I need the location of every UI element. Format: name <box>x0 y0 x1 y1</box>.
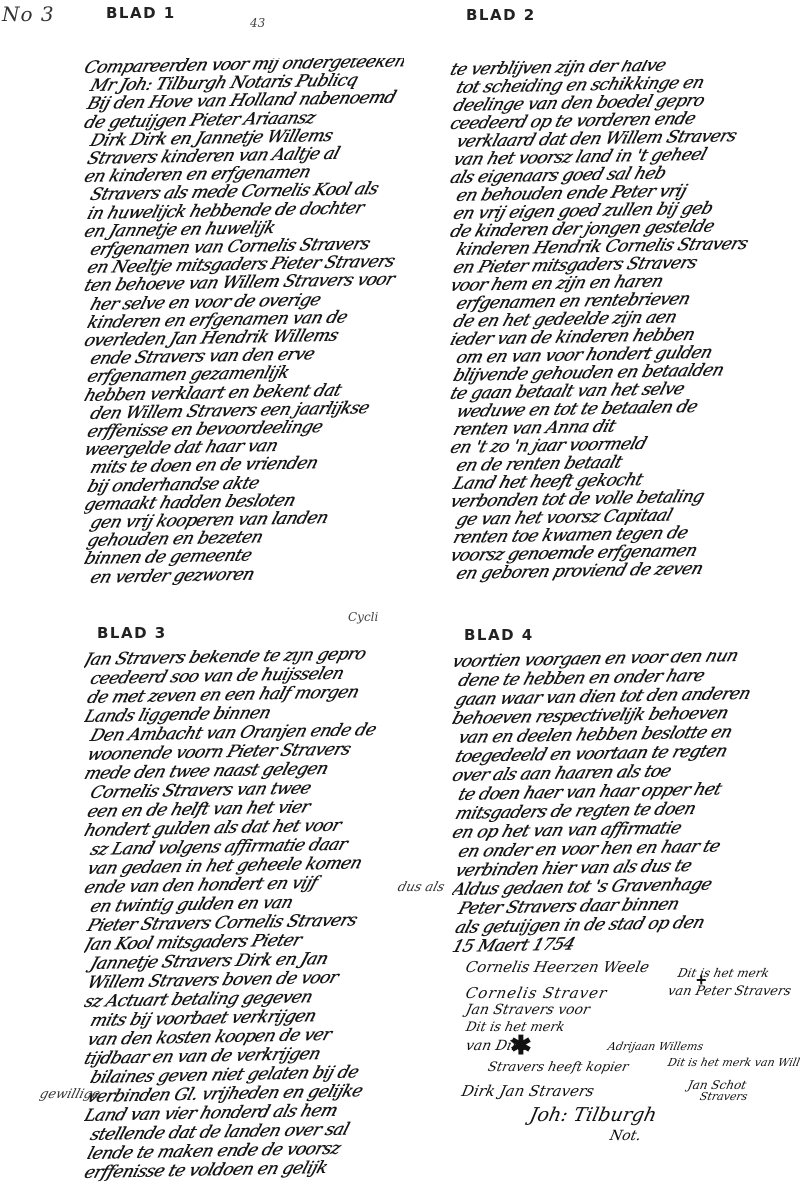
signature: Cornelis Heerzen Weele <box>464 958 651 976</box>
page-label-blad-4: BLAD 4 <box>464 626 534 644</box>
signature: Dirk Jan Stravers <box>460 1082 596 1100</box>
signature: Jan Schot <box>687 1078 748 1092</box>
page-blad-4: voortien voorgaen en voor den hundene te… <box>452 652 782 962</box>
archive-number: No 3 <box>2 2 55 26</box>
cross-mark-icon: + <box>696 970 707 991</box>
notary-title: Not. <box>608 1128 642 1144</box>
page-label-blad-3: BLAD 3 <box>97 624 167 642</box>
page-blad-3: Jan Stravers bekende te zijn geproceedee… <box>84 650 414 1190</box>
page-blad-2: te verblijven zijn der halvetot scheidin… <box>450 60 780 590</box>
margin-note: gewillige <box>38 1087 102 1102</box>
signature: Adrijaan Willems <box>607 1040 705 1053</box>
manuscript-scan: No 3 BLAD 1 43 Compareerden voor mij ond… <box>0 0 800 1200</box>
signature: Cornelis Straver <box>464 984 609 1002</box>
page-label-blad-1: BLAD 1 <box>106 4 176 22</box>
signature: van Peter Stravers <box>666 984 792 999</box>
signature: Stravers heeft kopier <box>486 1060 629 1075</box>
folio-number-3: Cycli <box>348 610 378 624</box>
signature: Dit is het merk <box>677 966 771 980</box>
signature: Dit is het merk van Willem <box>667 1056 800 1069</box>
signature: Jan Stravers voor <box>464 1002 591 1018</box>
margin-note-4: dus als <box>396 880 446 895</box>
folio-number: 43 <box>250 16 265 30</box>
page-blad-1: Compareerden voor mij ondergeteekendeMr … <box>84 58 404 588</box>
cross-mark-icon: ✱ <box>510 1030 532 1061</box>
notary-signature: Joh: Tilburgh <box>528 1104 659 1126</box>
page-label-blad-2: BLAD 2 <box>466 6 536 24</box>
